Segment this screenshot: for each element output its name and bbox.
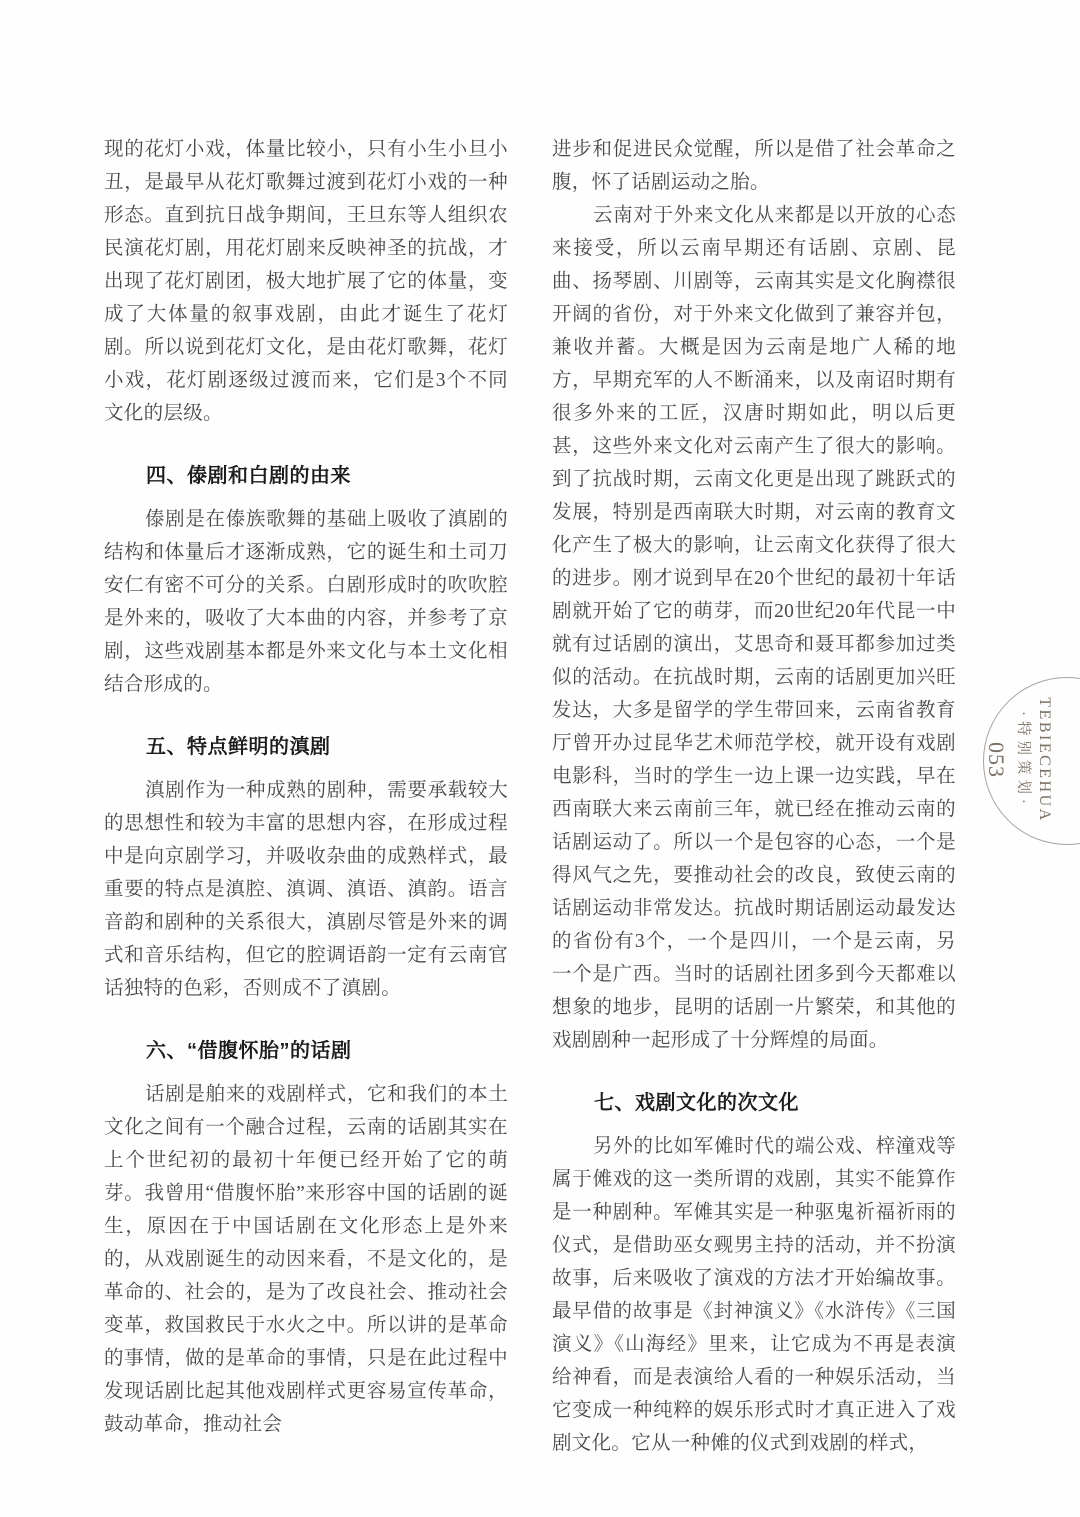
paragraph-section-7-nuo-ritual: 另外的比如军傩时代的端公戏、梓潼戏等属于傩戏的这一类所谓的戏剧，其实不能算作是一… <box>552 1130 956 1460</box>
right-column: 进步和促进民众觉醒，所以是借了社会革命之腹，怀了话剧运动之胎。 云南对于外来文化… <box>552 133 956 1460</box>
section-title-cn: ·特别策划· <box>1012 670 1033 850</box>
heading-section-5-dian-opera: 五、特点鲜明的滇剧 <box>104 731 508 764</box>
heading-section-4-dai-bai-opera: 四、傣剧和白剧的由来 <box>104 460 508 493</box>
paragraph-section-6-spoken-drama: 话剧是舶来的戏剧样式，它和我们的本土文化之间有一个融合过程，云南的话剧其实在上个… <box>104 1078 508 1441</box>
paragraph-section-4-dai-bai-opera: 傣剧是在傣族歌舞的基础上吸收了滇剧的结构和体量后才逐渐成熟，它的诞生和土司刀安仁… <box>104 503 508 701</box>
page-number: 053 <box>983 670 1010 850</box>
heading-section-6-spoken-drama: 六、“借腹怀胎”的话剧 <box>104 1035 508 1068</box>
magazine-page: 现的花灯小戏，体量比较小，只有小生小旦小丑，是最早从花灯歌舞过渡到花灯小戏的一种… <box>0 0 1080 1517</box>
left-column: 现的花灯小戏，体量比较小，只有小生小旦小丑，是最早从花灯歌舞过渡到花灯小戏的一种… <box>104 133 508 1441</box>
paragraph-flower-lantern-continued: 现的花灯小戏，体量比较小，只有小生小旦小丑，是最早从花灯歌舞过渡到花灯小戏的一种… <box>104 133 508 430</box>
paragraph-yunnan-open-culture: 云南对于外来文化从来都是以开放的心态来接受，所以云南早期还有话剧、京剧、昆曲、扬… <box>552 199 956 1057</box>
paragraph-section-5-dian-opera: 滇剧作为一种成熟的剧种，需要承载较大的思想性和较为丰富的思想内容，在形成过程中是… <box>104 774 508 1005</box>
paragraph-spoken-drama-continued: 进步和促进民众觉醒，所以是借了社会革命之腹，怀了话剧运动之胎。 <box>552 133 956 199</box>
heading-section-7-subculture: 七、戏剧文化的次文化 <box>552 1087 956 1120</box>
section-title-en: TEBIECEHUA <box>1033 670 1055 850</box>
page-sidebar-badge: TEBIECEHUA ·特别策划· 053 <box>979 670 1055 850</box>
